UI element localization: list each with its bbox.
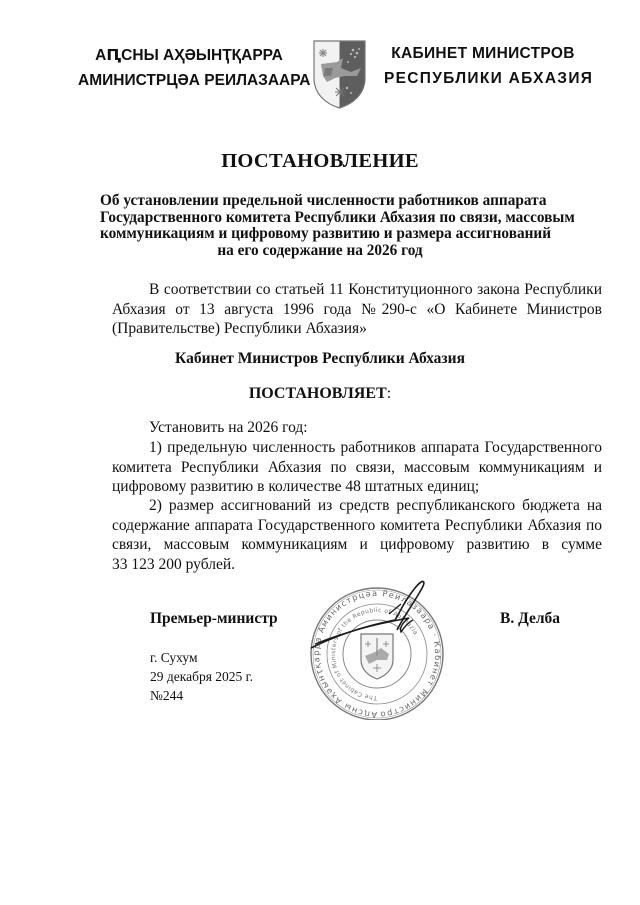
- item-1-line: 1) предельную численность работников апп…: [112, 438, 602, 458]
- item-1-line: комитета Республики Абхазия по связи, ма…: [112, 458, 602, 478]
- item-2-line: 2) размер ассигнований из средств респуб…: [112, 496, 602, 516]
- header-left-line2: АМИНИСТРЦӘА РЕИЛАЗААРА: [78, 68, 300, 93]
- issue-city: г. Сухум: [150, 650, 198, 666]
- header-left-line1: АԤСНЫ АҲӘЫНҬҚАРРА: [78, 43, 300, 68]
- document-number: №244: [150, 688, 183, 704]
- header-abkhaz-title: АԤСНЫ АҲӘЫНҬҚАРРА АМИНИСТРЦӘА РЕИЛАЗААРА: [78, 43, 300, 93]
- item-1-line: цифровому развитию в количестве 48 штатн…: [112, 477, 602, 497]
- signatory-name: В. Делба: [500, 610, 560, 628]
- decrees-colon: :: [387, 385, 391, 402]
- document-page: АԤСНЫ АҲӘЫНҬҚАРРА АМИНИСТРЦӘА РЕИЛАЗААРА: [0, 0, 640, 905]
- subtitle-line: Об установлении предельной численности р…: [100, 193, 540, 210]
- set-intro-line: Установить на 2026 год:: [112, 418, 602, 438]
- coat-of-arms-icon: [311, 38, 368, 110]
- item-2-line: содержание аппарата Государственного ком…: [112, 516, 602, 536]
- issue-date: 29 декабря 2025 г.: [150, 669, 253, 685]
- set-intro-paragraph: Установить на 2026 год:: [112, 418, 602, 438]
- signatory-role: Премьер-министр: [150, 610, 278, 628]
- subtitle-line: на его содержание на 2026 год: [100, 243, 540, 260]
- item-2-paragraph: 2) размер ассигнований из средств респуб…: [112, 496, 602, 574]
- preamble-paragraph: В соответствии со статьей 11 Конституцио…: [112, 280, 602, 339]
- preamble-line: (Правительстве) Республики Абхазия»: [112, 319, 602, 339]
- official-stamp-icon: Аԥсны Аҳәынҭқарра Аминистрцәа Реилазаара…: [305, 578, 450, 720]
- preamble-line: Абхазия от 13 августа 1996 года №290-с «…: [112, 300, 602, 320]
- subtitle-line: коммуникациям и цифровому развитию и раз…: [100, 226, 540, 243]
- document-type-title: ПОСТАНОВЛЕНИЕ: [0, 150, 640, 173]
- issuer-heading: Кабинет Министров Республики Абхазия: [0, 350, 640, 368]
- decrees-word: ПОСТАНОВЛЯЕТ: [249, 385, 387, 402]
- item-1-paragraph: 1) предельную численность работников апп…: [112, 438, 602, 497]
- item-2-line: связи, массовым коммуникациям и цифровом…: [112, 535, 602, 555]
- header-russian-title: КАБИНЕТ МИНИСТРОВ РЕСПУБЛИКИ АБХАЗИЯ: [384, 41, 582, 91]
- header-right-line1: КАБИНЕТ МИНИСТРОВ: [384, 41, 582, 66]
- item-2-line: 33 123 200 рублей.: [112, 555, 602, 575]
- header-right-line2: РЕСПУБЛИКИ АБХАЗИЯ: [384, 66, 582, 91]
- document-subtitle: Об установлении предельной численности р…: [100, 193, 540, 259]
- preamble-line: В соответствии со статьей 11 Конституцио…: [112, 280, 602, 300]
- subtitle-line: Государственного комитета Республики Абх…: [100, 210, 540, 227]
- decrees-heading: ПОСТАНОВЛЯЕТ:: [0, 385, 640, 403]
